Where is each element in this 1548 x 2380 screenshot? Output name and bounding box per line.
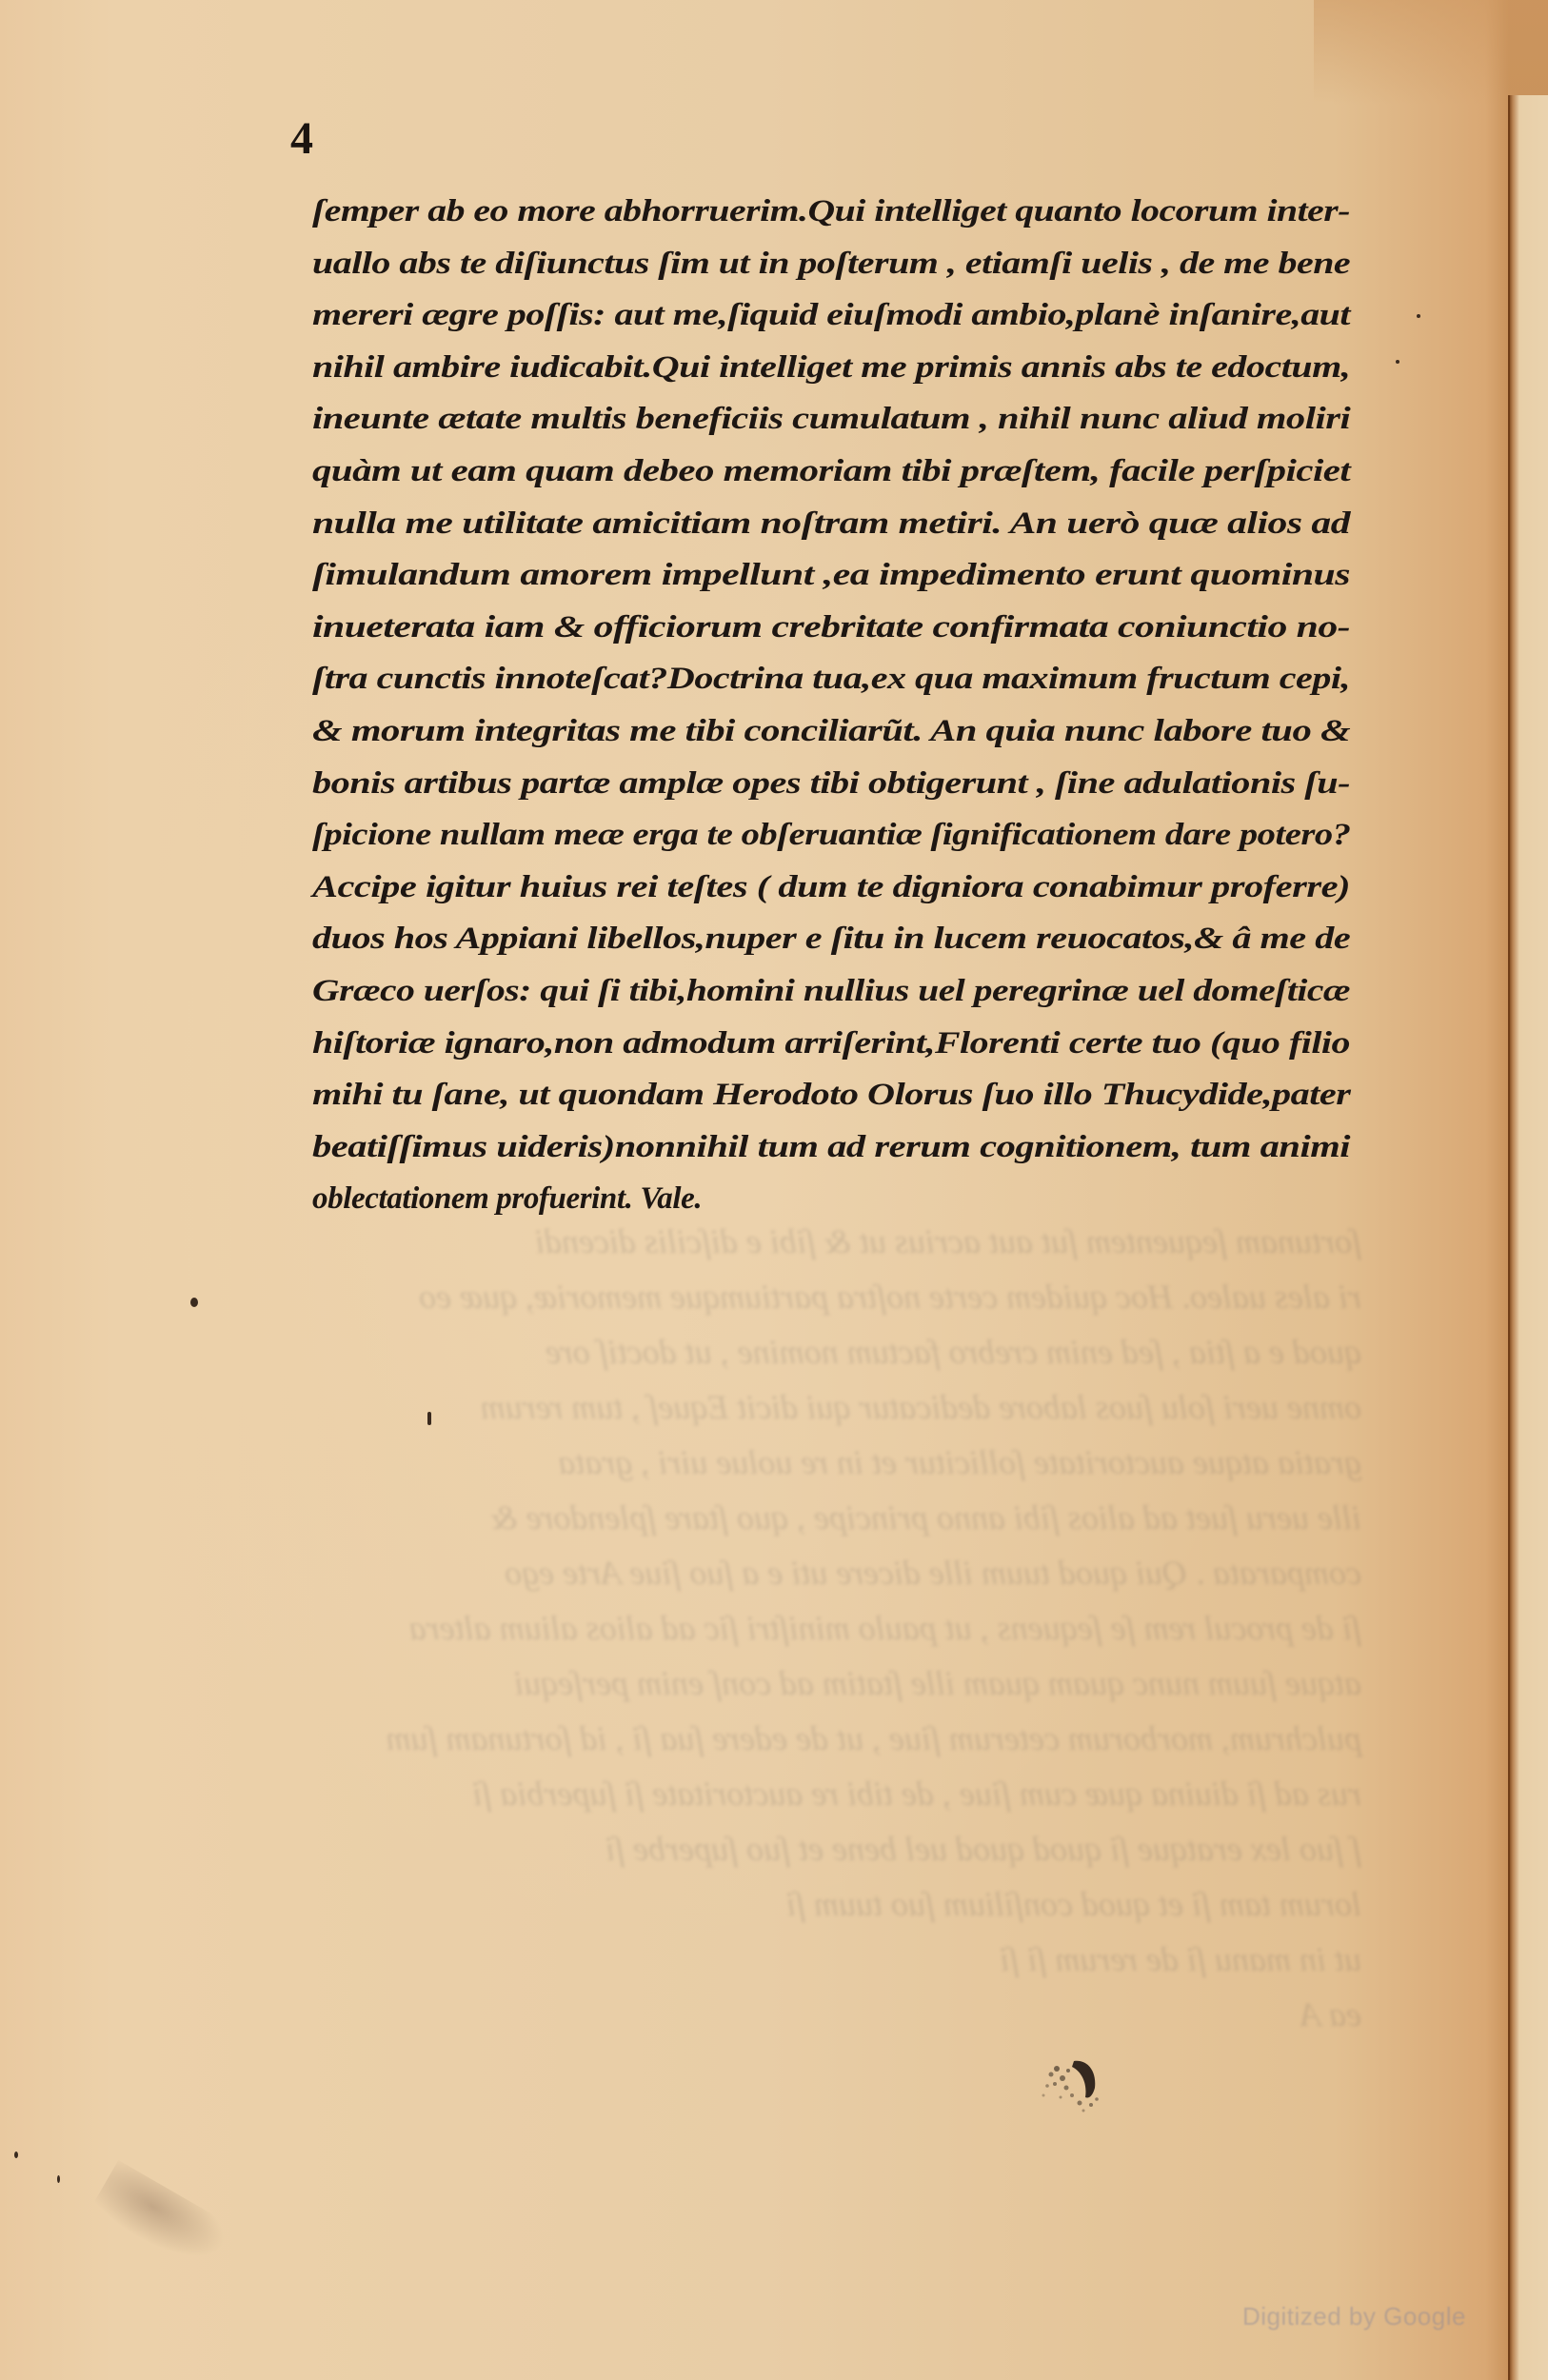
paper-speck	[427, 1412, 431, 1425]
text-line: mereri ægre poſſis: aut me,ſiquid eiuſmo…	[312, 289, 1350, 342]
bleed-line: ea A	[333, 1987, 1361, 2042]
bleed-line: pulchrum, morborum ceterum ſiue , ut de …	[333, 1711, 1361, 1766]
text-line: ſpicione nullam meæ erga te obſeruantiæ …	[312, 809, 1350, 862]
scanned-page: ſortunam ſequentem ſut aut acrius ut & ſ…	[0, 0, 1548, 2380]
bleed-line: quod e a ſtia , ſed enim crebro factum n…	[333, 1324, 1361, 1379]
page-shadow	[1314, 0, 1548, 105]
paper-speck	[14, 2152, 18, 2158]
text-line: & morum integritas me tibi conciliarũt. …	[312, 705, 1350, 758]
paper-speck	[1417, 314, 1420, 318]
digitized-watermark: Digitized by Google	[1242, 2302, 1466, 2331]
text-line: ſimulandum amorem impellunt ,ea impedime…	[312, 549, 1350, 602]
text-line: mihi tu ſane, ut quondam Herodoto Olorus…	[312, 1069, 1350, 1121]
text-line: ineunte ætate multis beneficiis cumulatu…	[312, 393, 1350, 446]
text-line: Accipe igitur huius rei teſtes ( dum te …	[312, 862, 1350, 914]
bleed-line: ut in manu ſi de rerum ſi ſi	[333, 1932, 1361, 1987]
bleed-line: omne ueri ſolu ſuos labore dedicatur qui…	[333, 1379, 1361, 1435]
text-line: uallo abs te diſiunctus ſim ut in poſter…	[312, 238, 1350, 290]
bleed-line: ille ueru ſuet ad alios ſibi anno princi…	[333, 1490, 1361, 1545]
paper-speck	[190, 1298, 198, 1307]
bleed-line: comparata . Qui quod tuum ille dicere ut…	[333, 1545, 1361, 1600]
text-line-closing: oblectationem profuerint. Vale.	[312, 1173, 1350, 1225]
text-line: duos hos Appiani libellos,nuper e ſitu i…	[312, 913, 1350, 965]
body-text: ſemper ab eo more abhorruerim.Qui intell…	[312, 186, 1350, 1225]
text-line: inueterata iam & officiorum crebritate c…	[312, 602, 1350, 654]
text-line: quàm ut eam quam debeo memoriam tibi præ…	[312, 446, 1350, 498]
bleed-through-text: ſortunam ſequentem ſut aut acrius ut & ſ…	[333, 1214, 1361, 2042]
ink-blot	[1028, 2042, 1133, 2128]
paper-speck	[1396, 360, 1399, 364]
text-line: nulla me utilitate amicitiam noſtram met…	[312, 498, 1350, 550]
bleed-line: rus ad ſi diuina quæ cum ſiue , de tibi …	[333, 1766, 1361, 1821]
bleed-line: lorum tam ſi et quod conſilium ſuo tuum …	[333, 1876, 1361, 1932]
text-line: bonis artibus partæ amplæ opes tibi obti…	[312, 758, 1350, 810]
bleed-line: ſ ſuo lex eratque ſi quod quod uel bene …	[333, 1821, 1361, 1876]
page-edge	[1508, 95, 1548, 2380]
page-number: 4	[290, 112, 313, 165]
text-line: hiſtoriæ ignaro,non admodum arriſerint,F…	[312, 1018, 1350, 1070]
bleed-line: ſi de procul rem ſe ſequens , ut paulo m…	[333, 1600, 1361, 1656]
text-line: nihil ambire iudicabit.Qui intelliget me…	[312, 342, 1350, 394]
paper-speck	[57, 2175, 60, 2183]
text-line: Græco uerſos: qui ſi tibi,homini nullius…	[312, 965, 1350, 1018]
bleed-line: ri ales ualeo. Hoc quidem certe noſtra p…	[333, 1269, 1361, 1324]
paper-stain	[89, 2160, 233, 2276]
text-line: beatiſſimus uideris)nonnihil tum ad reru…	[312, 1121, 1350, 1174]
bleed-line: atque ſuum nunc quam quam ille ſtatim ad…	[333, 1656, 1361, 1711]
bleed-line: gratia atque auctoritate ſollicitur et i…	[333, 1435, 1361, 1490]
text-line: ſemper ab eo more abhorruerim.Qui intell…	[312, 186, 1350, 238]
text-line: ſtra cunctis innoteſcat?Doctrina tua,ex …	[312, 653, 1350, 705]
